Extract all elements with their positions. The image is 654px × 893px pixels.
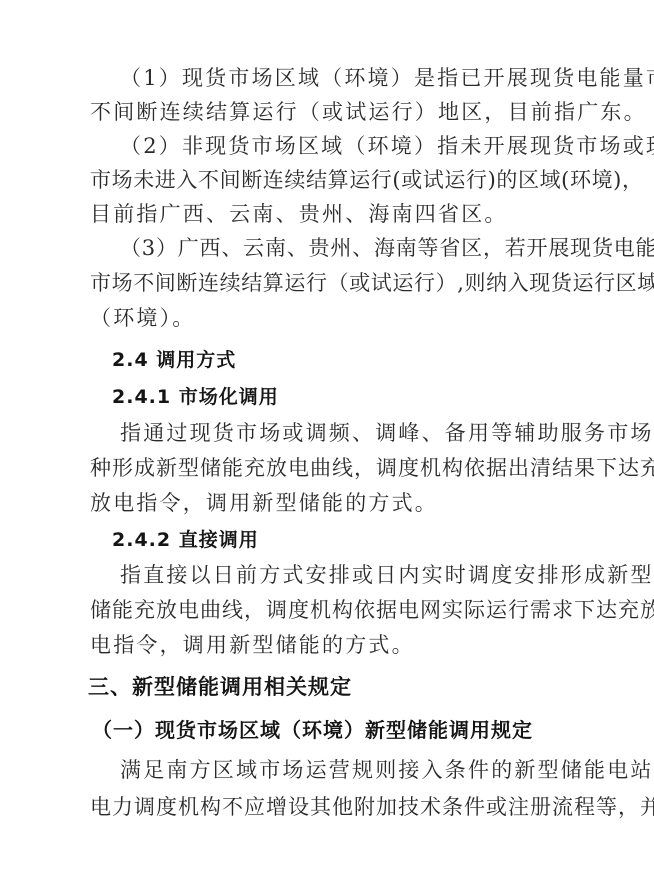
paragraph-4-line-1: 指通过现货市场或调频、调峰、备用等辅助服务市场品: [120, 420, 557, 446]
paragraph-5-line-2: 储能充放电曲线，调度机构依据电网实际运行需求下达充放: [90, 597, 557, 623]
section-heading-2-4-1: 2.4.1 市场化调用: [112, 384, 279, 410]
paragraph-6-line-1: 满足南方区域市场运营规则接入条件的新型储能电站，: [120, 757, 557, 783]
paragraph-1-line-2: 不间断连续结算运行（或试运行）地区，目前指广东。: [90, 99, 647, 125]
paragraph-4-line-3: 放电指令，调用新型储能的方式。: [90, 490, 438, 516]
paragraph-3-line-1: （3）广西、云南、贵州、海南等省区，若开展现货电能量: [120, 235, 557, 261]
paragraph-2-line-2: 市场未进入不间断连续结算运行(或试运行)的区域(环境)，: [90, 167, 557, 193]
paragraph-2-line-3: 目前指广西、云南、贵州、海南四省区。: [90, 201, 508, 227]
section-heading-2-4-2: 2.4.2 直接调用: [112, 527, 259, 553]
paragraph-3-line-3: （环境）。: [90, 305, 196, 331]
paragraph-2-line-1: （2）非现货市场区域（环境）指未开展现货市场或现货: [120, 133, 557, 159]
paragraph-5-line-1: 指直接以日前方式安排或日内实时调度安排形成新型: [120, 562, 557, 588]
paragraph-6-line-2: 电力调度机构不应增设其他附加技术条件或注册流程等，并: [90, 794, 557, 820]
paragraph-5-line-3: 电指令，调用新型储能的方式。: [90, 632, 415, 658]
chapter-heading-3: 三、新型储能调用相关规定: [88, 674, 352, 700]
paragraph-1-line-1: （1）现货市场区域（环境）是指已开展现货电能量市场: [120, 65, 557, 91]
subsection-heading-3-1: （一）现货市场区域（环境）新型储能调用规定: [92, 717, 533, 743]
section-heading-2-4: 2.4 调用方式: [112, 347, 236, 373]
paragraph-4-line-2: 种形成新型储能充放电曲线，调度机构依据出清结果下达充: [90, 455, 557, 481]
paragraph-3-line-2: 市场不间断连续结算运行（或试运行）,则纳入现货运行区域: [90, 270, 557, 296]
